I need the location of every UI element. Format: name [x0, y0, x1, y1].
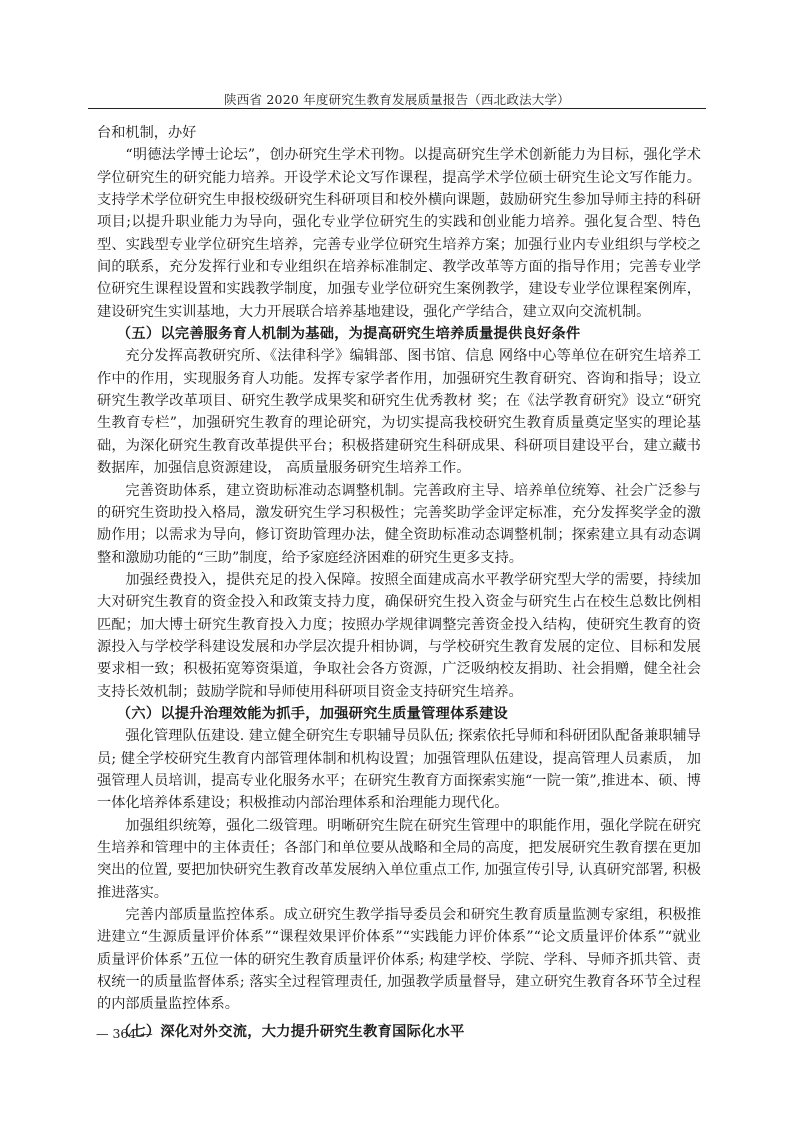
paragraph-organization: 加强组织统筹，强化二级管理。明晰研究生院在研究生管理中的职能作用，强化学院在研究…: [97, 815, 701, 904]
section-heading-5: （五）以完善服务育人机制为基础，为提高研究生培养质量提供良好条件: [97, 323, 701, 345]
running-header: 陕西省 2020 年度研究生教育发展质量报告（西北政法大学）: [88, 90, 706, 108]
paragraph-continuation: 台和机制，办好: [97, 122, 701, 144]
document-body: 台和机制，办好 “明德法学博士论坛”，创办研究生学术刊物。以提高研究生学术创新能…: [97, 122, 701, 1043]
header-rule: [88, 108, 706, 109]
section-heading-7: （七）深化对外交流，大力提升研究生教育国际化水平: [97, 1021, 701, 1043]
paragraph-funding-system: 完善资助体系，建立资助标准动态调整机制。完善政府主导、培养单位统筹、社会广泛参与…: [97, 480, 701, 569]
section-heading-6: （六）以提升治理效能为抓手，加强研究生质量管理体系建设: [97, 703, 701, 725]
paragraph-management-team: 强化管理队伍建设. 建立健全研究生专职辅导员队伍; 探索依托导师和科研团队配备兼…: [97, 725, 701, 814]
paragraph-service-education: 充分发挥高教研究所、《法律科学》编辑部、图书馆、信息 网络中心等单位在研究生培养…: [97, 345, 701, 479]
paragraph-funding-investment: 加强经费投入，提供充足的投入保障。按照全面建成高水平教学研究型大学的需要，持续加…: [97, 569, 701, 703]
page-number: — 364 —: [96, 1026, 153, 1041]
paragraph-quality-monitoring: 完善内部质量监控体系。成立研究生教学指导委员会和研究生教育质量监测专家组，积极推…: [97, 904, 701, 1016]
paragraph-academic-training: “明德法学博士论坛”，创办研究生学术刊物。以提高研究生学术创新能力为目标，强化学…: [97, 144, 701, 323]
